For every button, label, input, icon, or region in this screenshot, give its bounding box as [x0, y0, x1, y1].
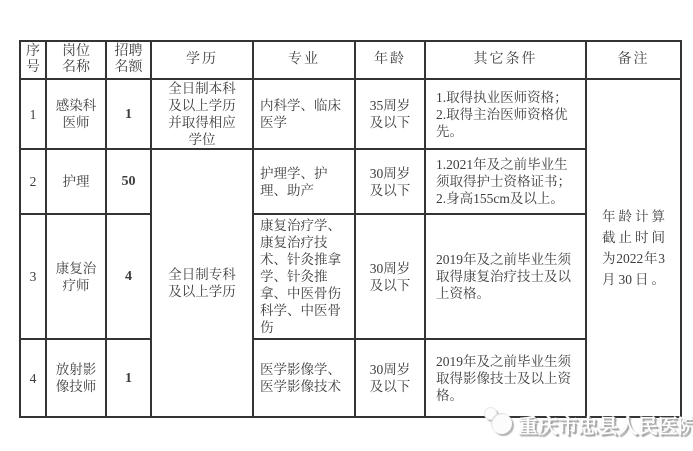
- header-remark-label: 备注: [618, 52, 650, 67]
- condition-item: 2.身高155cm及以上。: [436, 190, 576, 207]
- cell-no: 3: [20, 214, 46, 339]
- header-age: 年龄: [355, 41, 425, 79]
- table-row: 3 康复治疗师 4 康复治疗学、康复治疗技术、针灸推拿学、针灸推拿、中医骨伤科学…: [20, 214, 681, 339]
- cell-other-conditions: 1.取得执业医师资格； 2.取得主治医师资格优先。: [425, 79, 586, 149]
- header-position: 岗位名称: [46, 41, 106, 79]
- cell-major: 护理学、护理、助产: [253, 149, 355, 214]
- cell-no: 2: [20, 149, 46, 214]
- header-no: 序号: [20, 41, 46, 79]
- cell-quota: 50: [106, 149, 151, 214]
- cell-other-conditions: 2019年及之前毕业生须取得康复治疗技士及以上资格。: [425, 214, 586, 339]
- page: 序号 岗位名称 招聘名额 学历 专业 年龄 其它条件 备注 1 感染科医师 1 …: [0, 0, 693, 451]
- cell-quota: 1: [106, 339, 151, 417]
- logo-big-circle: [491, 413, 512, 434]
- header-major: 专业: [253, 41, 355, 79]
- header-quota: 招聘名额: [106, 41, 151, 79]
- header-quota-label: 招聘名额: [114, 44, 144, 76]
- cell-major: 内科学、临床医学: [253, 79, 355, 149]
- header-age-label: 年龄: [374, 52, 406, 67]
- condition-item: 2019年及之前毕业生须取得康复治疗技士及以上资格。: [436, 251, 576, 302]
- cell-age: 30周岁及以下: [355, 149, 425, 214]
- cell-quota: 4: [106, 214, 151, 339]
- cell-position: 放射影像技师: [46, 339, 106, 417]
- recruitment-table: 序号 岗位名称 招聘名额 学历 专业 年龄 其它条件 备注 1 感染科医师 1 …: [19, 40, 682, 418]
- header-education: 学历: [151, 41, 253, 79]
- header-no-label: 序号: [26, 44, 41, 76]
- cell-age: 35周岁及以下: [355, 79, 425, 149]
- cell-major: 康复治疗学、康复治疗技术、针灸推拿学、针灸推拿、中医骨伤科学、中医骨伤: [253, 214, 355, 339]
- hospital-logo-icon: [484, 404, 516, 436]
- header-major-label: 专业: [288, 52, 320, 67]
- cell-no: 4: [20, 339, 46, 417]
- cell-age: 30周岁及以下: [355, 214, 425, 339]
- table-row: 4 放射影像技师 1 医学影像学、医学影像技术 30周岁及以下 2019年及之前…: [20, 339, 681, 417]
- cell-no: 1: [20, 79, 46, 149]
- header-row: 序号 岗位名称 招聘名额 学历 专业 年龄 其它条件 备注: [20, 41, 681, 79]
- cell-education: 全日制本科及以上学历并取得相应学位: [151, 79, 253, 149]
- condition-item: 1.2021年及之前毕业生须取得护士资格证书；: [436, 156, 576, 190]
- hospital-name: 重庆市忠县人民医院: [518, 410, 693, 439]
- cell-age: 30周岁及以下: [355, 339, 425, 417]
- header-other-conditions-label: 其它条件: [474, 52, 538, 67]
- cell-position: 感染科医师: [46, 79, 106, 149]
- cell-position: 康复治疗师: [46, 214, 106, 339]
- cell-education-merged: 全日制专科及以上学历: [151, 149, 253, 417]
- table-row: 1 感染科医师 1 全日制本科及以上学历并取得相应学位 内科学、临床医学 35周…: [20, 79, 681, 149]
- cell-quota: 1: [106, 79, 151, 149]
- condition-item: 1.取得执业医师资格；: [436, 89, 576, 106]
- cell-other-conditions: 1.2021年及之前毕业生须取得护士资格证书； 2.身高155cm及以上。: [425, 149, 586, 214]
- condition-item: 2019年及之前毕业生须取得影像技士及以上资格。: [436, 353, 576, 404]
- header-remark: 备注: [586, 41, 681, 79]
- cell-position: 护理: [46, 149, 106, 214]
- header-other-conditions: 其它条件: [425, 41, 586, 79]
- header-position-label: 岗位名称: [61, 44, 91, 76]
- condition-item: 2.取得主治医师资格优先。: [436, 106, 576, 140]
- header-education-label: 学历: [186, 52, 218, 67]
- cell-remark: 年龄计算截止时间为2022年3月30日。: [586, 79, 681, 417]
- cell-major: 医学影像学、医学影像技术: [253, 339, 355, 417]
- table-row: 2 护理 50 全日制专科及以上学历 护理学、护理、助产 30周岁及以下 1.2…: [20, 149, 681, 214]
